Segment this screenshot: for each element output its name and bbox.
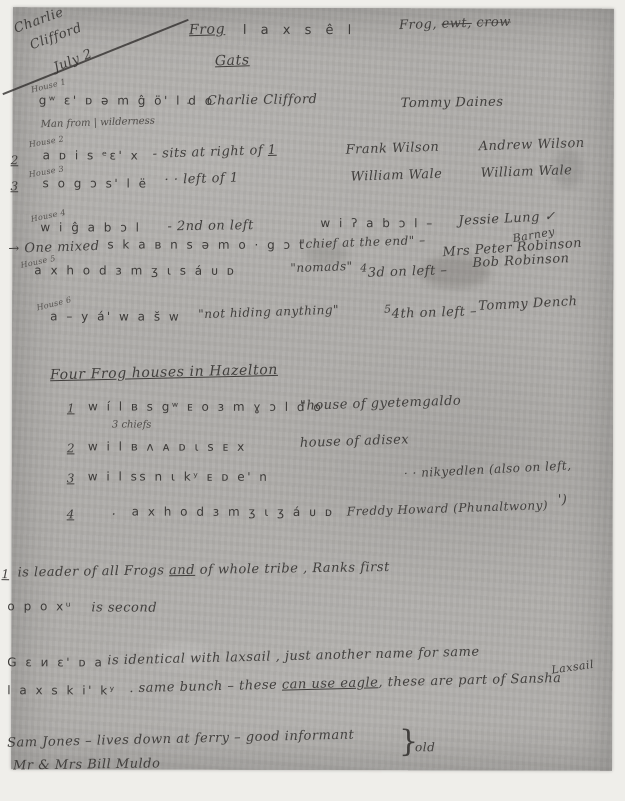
house2-gloss-text: - sits at right of bbox=[152, 143, 268, 162]
hazelton-item4-gloss: Freddy Howard (Phunaltwony) bbox=[347, 498, 549, 518]
house5-gloss: "chief at the end" – bbox=[299, 233, 426, 251]
note1-underlined-and: and bbox=[169, 563, 195, 578]
hazelton-item3-number: 3 bbox=[67, 471, 75, 485]
hazelton-section-heading: Four Frog houses in Hazelton bbox=[50, 362, 278, 383]
house7-phonetic: a – y á' w a s̆ w bbox=[50, 309, 181, 323]
house4-phonetic: w i ĝ a b ɔ l bbox=[40, 220, 141, 234]
note4-underlined-phrase: can use eagle bbox=[282, 675, 379, 692]
note2-phonetic: o p o xᵘ bbox=[7, 599, 73, 613]
house2-gloss: - sits at right of 1 bbox=[152, 143, 276, 162]
hazelton-item3-gloss-continuation: ') bbox=[558, 493, 568, 508]
house1-owner-name: Charlie Clifford bbox=[207, 92, 318, 109]
hazelton-item1-number: 1 bbox=[67, 401, 75, 415]
scanned-paper-sheet: Charlie Clifford July 2 Frog l a x s ê l… bbox=[11, 7, 614, 771]
top-right-note-struck-word: ewt, bbox=[441, 16, 472, 32]
note4-text-pre: . same bunch – these bbox=[129, 678, 282, 697]
hazelton-item1-subnote: 3 chiefs bbox=[112, 419, 152, 430]
informant-brace-note: old bbox=[415, 740, 435, 754]
note1-text-post: of whole tribe , Ranks first bbox=[195, 560, 390, 578]
house3-second-name: William Wale bbox=[480, 163, 572, 181]
hazelton-item4-phonetic: a x h o d ɜ m ʒ ɩ ʒ á ᴜ ᴅ bbox=[132, 505, 335, 520]
house4-gloss: - 2nd on left bbox=[167, 218, 254, 234]
page-title-word: Frog bbox=[189, 21, 226, 38]
house7-position-text: 4th on left – bbox=[391, 304, 477, 322]
house3-owner-name: William Wale bbox=[350, 167, 442, 185]
house6-position-text: 3d on left – bbox=[368, 263, 448, 281]
page-title-phonetic: l a x s ê l bbox=[243, 23, 356, 38]
note4-superscript-insert: Laxsail bbox=[551, 658, 595, 677]
hazelton-item2-number: 2 bbox=[67, 441, 75, 455]
note1-text: is leader of all Frogs and of whole trib… bbox=[17, 560, 389, 581]
house5-phonetic: s k a ʙ n s ə m o · g ɔ t bbox=[107, 237, 306, 252]
house2-superscript: House 2 bbox=[28, 134, 65, 149]
house2-owner-name: Frank Wilson bbox=[345, 140, 439, 158]
house2-margin-number: 2 bbox=[11, 153, 19, 167]
hazelton-item2-phonetic: w i l ʙ ʌ ᴀ ᴅ ɩ s ᴇ x bbox=[88, 439, 247, 453]
house6-phonetic: a x h o d ɜ m ʒ ɩ s á ᴜ ᴅ bbox=[34, 263, 236, 278]
house3-phonetic: s o g ɔ s' l ë bbox=[43, 176, 149, 190]
house4-phonetic-variant: w i ʔ a b ɔ l – bbox=[320, 216, 434, 230]
house1-subnote: Man from | wilderness bbox=[41, 116, 156, 131]
hazelton-item2-gloss: house of adisex bbox=[300, 432, 410, 451]
note1-margin-number: 1 bbox=[1, 567, 9, 581]
informant-note-line1: Sam Jones – lives down at ferry – good i… bbox=[7, 728, 354, 751]
house3-margin-number: 3 bbox=[11, 179, 19, 193]
note1-text-pre: is leader of all Frogs bbox=[17, 563, 169, 580]
hazelton-item3-phonetic: w i l ss n ɩ kʸ ᴇ ᴅ e' n bbox=[88, 469, 270, 483]
scanned-notebook-page: { "header": { "corner_line1": "Charlie",… bbox=[0, 0, 625, 801]
house2-gloss-number: 1 bbox=[268, 143, 277, 158]
house7-gloss: "not hiding anything" bbox=[198, 303, 339, 322]
hazelton-item1-phonetic: w í l ʙ s gʷ ᴇ ᴏ ɜ m ɣ ɔ l d o bbox=[88, 399, 323, 414]
house6-position-note: 43d on left – bbox=[360, 259, 448, 281]
hazelton-item4-dot: · bbox=[112, 507, 117, 522]
house3-gloss: · · left of 1 bbox=[164, 171, 239, 188]
note4-text-mid: , these are part of bbox=[378, 672, 511, 690]
informant-note-line2: Mr & Mrs Bill Muldo bbox=[13, 756, 161, 773]
note4-text: . same bunch – these can use eagle, thes… bbox=[129, 671, 561, 696]
house2-phonetic: a ᴅ i s ᵉɛ' x bbox=[43, 148, 141, 162]
top-right-note: Frog, ewt, crow bbox=[399, 15, 511, 34]
hazelton-item3-gloss: · · nikyedlen (also on left, bbox=[404, 458, 572, 480]
house6-gloss: "nomads" bbox=[290, 259, 353, 275]
hazelton-item4-number: 4 bbox=[67, 507, 75, 521]
house1-second-name: Tommy Daines bbox=[401, 95, 504, 112]
house1-dash: - bbox=[187, 96, 192, 111]
house7-owner-name: Tommy Dench bbox=[478, 294, 578, 314]
house4-owner-name: Jessie Lung ✓ bbox=[458, 209, 556, 229]
note3-phonetic: G ɛ ᴎ ɛ' ᴅ a bbox=[7, 655, 104, 669]
house7-position-note: 54th on left – bbox=[384, 300, 477, 322]
top-right-note-crow: crow bbox=[476, 15, 511, 31]
top-right-note-frog: Frog, bbox=[399, 17, 437, 33]
note4-phonetic: l a x s k i' kʸ bbox=[7, 683, 116, 697]
note2-text: is second bbox=[91, 600, 157, 615]
page-subtitle: Gats bbox=[215, 52, 250, 69]
hazelton-item1-gloss: "house of gyetemgaldo bbox=[300, 394, 462, 414]
